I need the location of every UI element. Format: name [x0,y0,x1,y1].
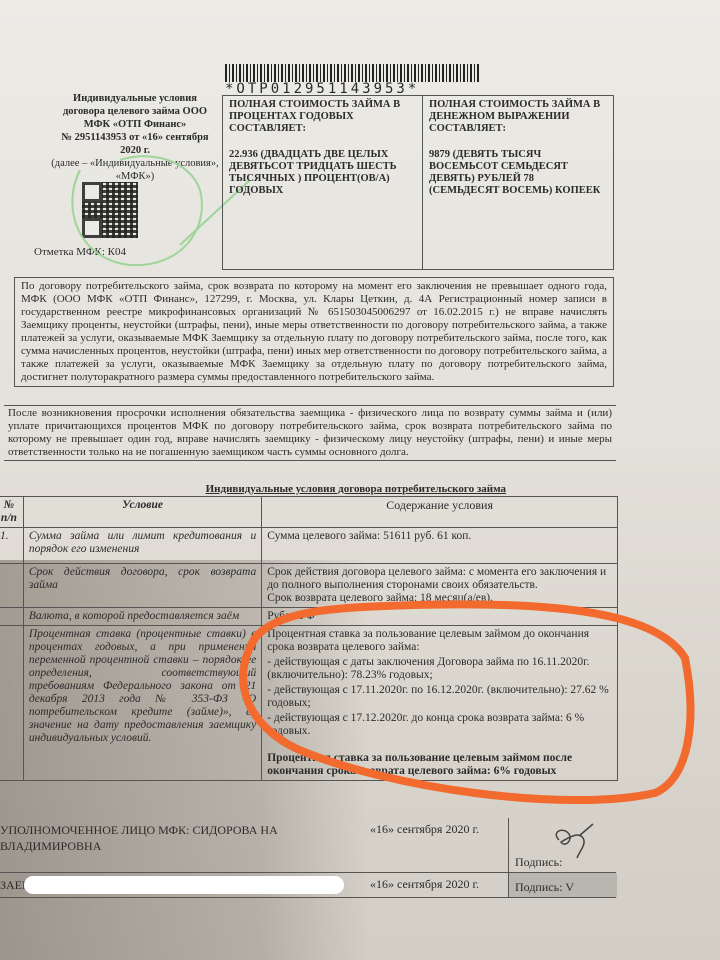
signature-date: «16» сентября 2020 г. [370,822,479,837]
cost-percent-value: 22.936 (ДВАДЦАТЬ ДВЕ ЦЕЛЫХ ДЕВЯТЬСОТ ТРИ… [229,149,416,197]
row-num [0,626,23,781]
title-line: № 2951143953 от «16» сентября [61,132,208,143]
cost-percent-box: ПОЛНАЯ СТОИМОСТЬ ЗАЙМА В ПРОЦЕНТАХ ГОДОВ… [222,95,422,270]
table-row: Срок действия договора, срок возврата за… [0,564,618,608]
signature-box: Подпись: [508,818,617,872]
header-content: Содержание условия [262,497,618,528]
table-row: Валюта, в которой предоставляется заём Р… [0,608,618,626]
cost-money-box: ПОЛНАЯ СТОИМОСТЬ ЗАЙМА В ДЕНЕЖНОМ ВЫРАЖЕ… [422,95,614,270]
rate-intro: Процентная ставка за пользование целевым… [267,628,612,654]
title-line: договора целевого займа ООО [63,106,207,117]
row-condition: Срок действия договора, срок возврата за… [23,564,261,608]
row-content: Срок действия договора целевого займа: с… [262,564,618,608]
rate-period-1: - действующая с даты заключения Договора… [267,656,612,682]
signature-date: «16» сентября 2020 г. [370,877,479,892]
cost-percent-heading: ПОЛНАЯ СТОИМОСТЬ ЗАЙМА В ПРОЦЕНТАХ ГОДОВ… [229,99,416,135]
term-text: Срок действия договора целевого займа: с… [267,566,612,592]
row-condition: Процентная ставка (процентные ставки) в … [23,626,261,781]
header-num: № п/п [0,497,23,528]
table-row: 1. Сумма займа или лимит кредитования и … [0,528,618,564]
row-num [0,564,23,608]
row-condition: Валюта, в которой предоставляется заём [23,608,261,626]
row-content: Рубли РФ [262,608,618,626]
rate-after-term: Процентная ставка за пользование целевым… [267,752,612,778]
barcode-icon [225,64,480,82]
title-line: 2020 г. [120,145,150,156]
row-condition: Сумма займа или лимит кредитования и пор… [23,528,261,564]
return-term-text: Срок возврата целевого займа: 18 месяц(а… [267,592,612,605]
table-header-row: № п/п Условие Содержание условия [0,497,618,528]
signature-box: Подпись: V [508,873,617,897]
overdue-notice: После возникновения просрочки исполнения… [4,405,616,461]
mfk-representative: УПОЛНОМОЧЕННОЕ ЛИЦО МФК: СИДОРОВА НА ВЛА… [0,822,300,854]
rate-period-3: - действующая с 17.12.2020г. до конца ср… [267,712,612,738]
mfk-mark: Отметка МФК: К04 [34,246,126,258]
document-subtitle: (далее – «Индивидуальные условия», «МФК»… [51,158,219,182]
conditions-table: № п/п Условие Содержание условия 1. Сумм… [0,496,618,781]
limitation-notice: По договору потребительского займа, срок… [14,277,614,387]
document-title-block: Индивидуальные условия договора целевого… [50,92,220,183]
qr-code-icon [82,182,138,238]
redaction-mark [24,876,344,894]
cost-money-value: 9879 (ДЕВЯТЬ ТЫСЯЧ ВОСЕМЬСОТ СЕМЬДЕСЯТ Д… [429,149,607,197]
title-line: МФК «ОТП Финанс» [84,119,187,130]
table-row: Процентная ставка (процентные ставки) в … [0,626,618,781]
signature-label: Подпись: V [515,880,574,895]
title-line: Индивидуальные условия [73,93,197,104]
signature-label: Подпись: [515,855,562,870]
signature-row-mfk: УПОЛНОМОЧЕННОЕ ЛИЦО МФК: СИДОРОВА НА ВЛА… [0,818,616,873]
row-content: Сумма целевого займа: 51611 руб. 61 коп. [262,528,618,564]
rate-period-2: - действующая с 17.11.2020г. по 16.12.20… [267,684,612,710]
conditions-table-title: Индивидуальные условия договора потребит… [0,483,616,495]
row-num [0,608,23,626]
header-condition: Условие [23,497,261,528]
cost-money-heading: ПОЛНАЯ СТОИМОСТЬ ЗАЙМА В ДЕНЕЖНОМ ВЫРАЖЕ… [429,99,607,135]
row-num: 1. [0,528,23,564]
row-content: Процентная ставка за пользование целевым… [262,626,618,781]
